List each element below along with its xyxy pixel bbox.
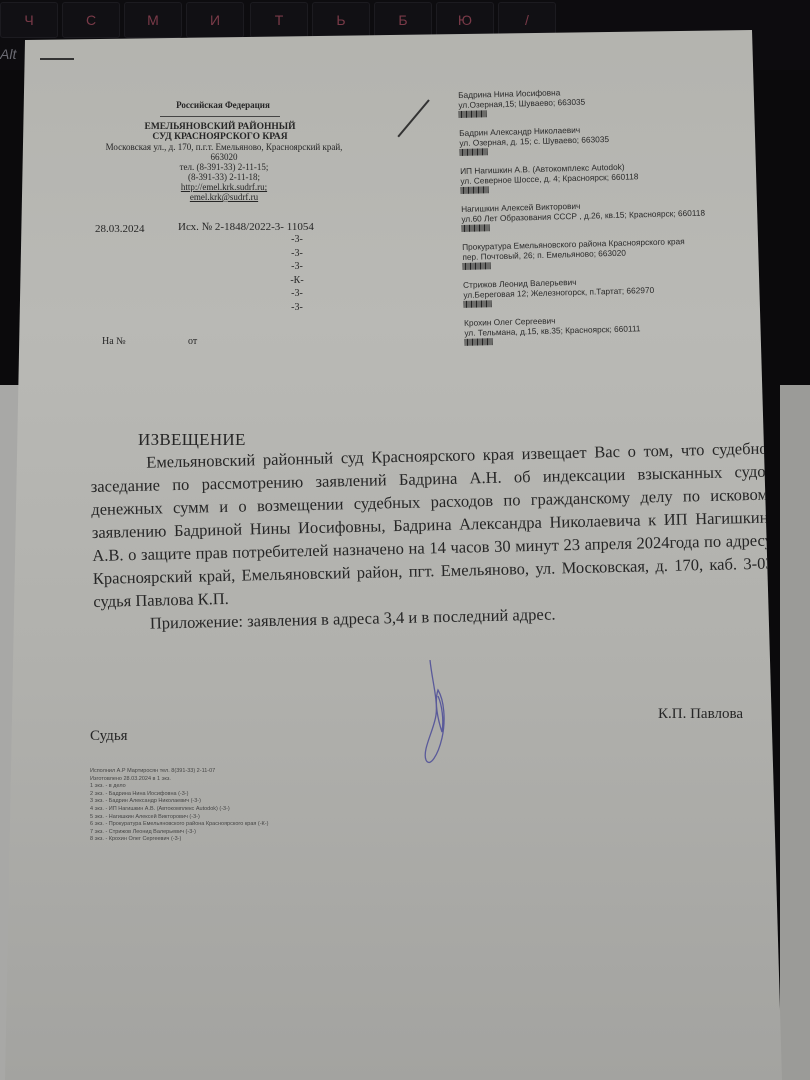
barcode-icon (464, 300, 492, 308)
key-m: М (124, 2, 182, 38)
key-soft-sign: Ь (312, 2, 370, 38)
barcode-icon (462, 224, 490, 232)
court-postcode: 663020 (84, 152, 364, 162)
barcode-icon (460, 148, 488, 156)
copy-line: 1 экз. - в дело (90, 783, 390, 791)
recipient: Нагишкин Алексей Викторович ул.60 Лет Об… (461, 196, 762, 232)
court-name-line2: СУД КРАСНОЯРСКОГО КРАЯ (130, 132, 310, 142)
court-email-link[interactable]: emel.krk@sudrf.ru (84, 192, 364, 202)
reference-number-label: На № (102, 336, 126, 347)
court-phone-1: тел. (8-391-33) 2-11-15; (84, 162, 364, 172)
barcode-icon (461, 186, 489, 194)
recipient: Крохин Олег Сергеевич ул. Тельмана, д.15… (464, 310, 765, 346)
recipient: ИП Нагишкин А.В. (Автокомплекс Autodok) … (460, 158, 761, 194)
code-6: -3- (282, 301, 312, 315)
copy-line: 7 экз. - Стрижов Леонид Валерьевич (-3-) (90, 829, 390, 837)
underlying-sheet-right (780, 385, 810, 1080)
court-name: ЕМЕЛЬЯНОВСКИЙ РАЙОННЫЙ СУД КРАСНОЯРСКОГО… (130, 122, 310, 142)
outgoing-number: Исх. № 2-1848/2022-3- 11054 (178, 221, 314, 233)
barcode-icon (459, 110, 487, 118)
recipient: Бадрина Нина Иосифовна ул.Озерная,15; Шу… (458, 82, 759, 118)
barcode-icon (465, 338, 493, 346)
key-s: С (62, 2, 120, 38)
judge-name: К.П. Павлова (658, 706, 743, 723)
copies-line: Изготовлено 28.03.2024 в 1 экз. (90, 776, 390, 784)
key-ch: Ч (0, 2, 58, 38)
pen-mark (397, 99, 429, 137)
document-date: 28.03.2024 (95, 223, 145, 235)
key-alt: Alt (0, 46, 16, 62)
delivery-codes: -3- -3- -3- -К- -3- -3- (282, 233, 312, 314)
key-t: Т (250, 2, 308, 38)
key-i: И (186, 2, 244, 38)
executor-line: Исполнил А.Р Мартиросян тел. 8(391-33) 2… (90, 768, 390, 776)
key-slash: / (498, 2, 556, 38)
court-phone-2: (8-391-33) 2-11-18; (84, 172, 364, 182)
code-5: -3- (282, 287, 312, 301)
court-notice-document: Российская Федерация ЕМЕЛЬЯНОВСКИЙ РАЙОН… (0, 0, 810, 1080)
distribution-footer: Исполнил А.Р Мартиросян тел. 8(391-33) 2… (90, 768, 390, 844)
reference-date-label: от (188, 336, 197, 347)
notice-title: ИЗВЕЩЕНИЕ (138, 430, 246, 450)
court-website-link[interactable]: http://emel.krk.sudrf.ru; (84, 182, 364, 192)
code-1: -3- (282, 233, 312, 247)
header-dash (40, 58, 74, 60)
key-yu: Ю (436, 2, 494, 38)
federation-label: Российская Федерация (168, 100, 278, 110)
copy-line: 8 экз. - Крохин Олег Сергеевич (-3-) (90, 836, 390, 844)
recipient: Прокуратура Емельяновского района Красно… (462, 234, 763, 270)
court-contacts: Московская ул., д. 170, п.г.т. Емельянов… (84, 142, 364, 202)
signature-icon (408, 660, 468, 770)
judge-position: Судья (90, 728, 128, 745)
copy-line: 2 экз. - Бадрина Нина Иосифовна (-3-) (90, 791, 390, 799)
recipient: Стрижов Леонид Валерьевич ул.Береговая 1… (463, 272, 764, 308)
recipient: Бадрин Александр Николаевич ул. Озерная,… (459, 120, 760, 156)
code-2: -3- (282, 247, 312, 261)
code-3: -3- (282, 260, 312, 274)
copy-line: 4 экз. - ИП Нагишкин А.В. (Автокомплекс … (90, 806, 390, 814)
header-rule (160, 116, 280, 117)
recipients-list: Бадрина Нина Иосифовна ул.Озерная,15; Шу… (458, 82, 765, 356)
notice-body: Емельяновский районный суд Красноярского… (90, 436, 779, 635)
copy-line: 6 экз. - Прокуратура Емельяновского райо… (90, 821, 390, 829)
notice-paragraph: Емельяновский районный суд Красноярского… (90, 436, 778, 612)
barcode-icon (463, 262, 491, 270)
court-address: Московская ул., д. 170, п.г.т. Емельянов… (84, 142, 364, 152)
copy-line: 3 экз. - Бадрин Александр Николаевич (-3… (90, 798, 390, 806)
court-name-line1: ЕМЕЛЬЯНОВСКИЙ РАЙОННЫЙ (130, 122, 310, 132)
key-b: Б (374, 2, 432, 38)
code-4: -К- (282, 274, 312, 288)
